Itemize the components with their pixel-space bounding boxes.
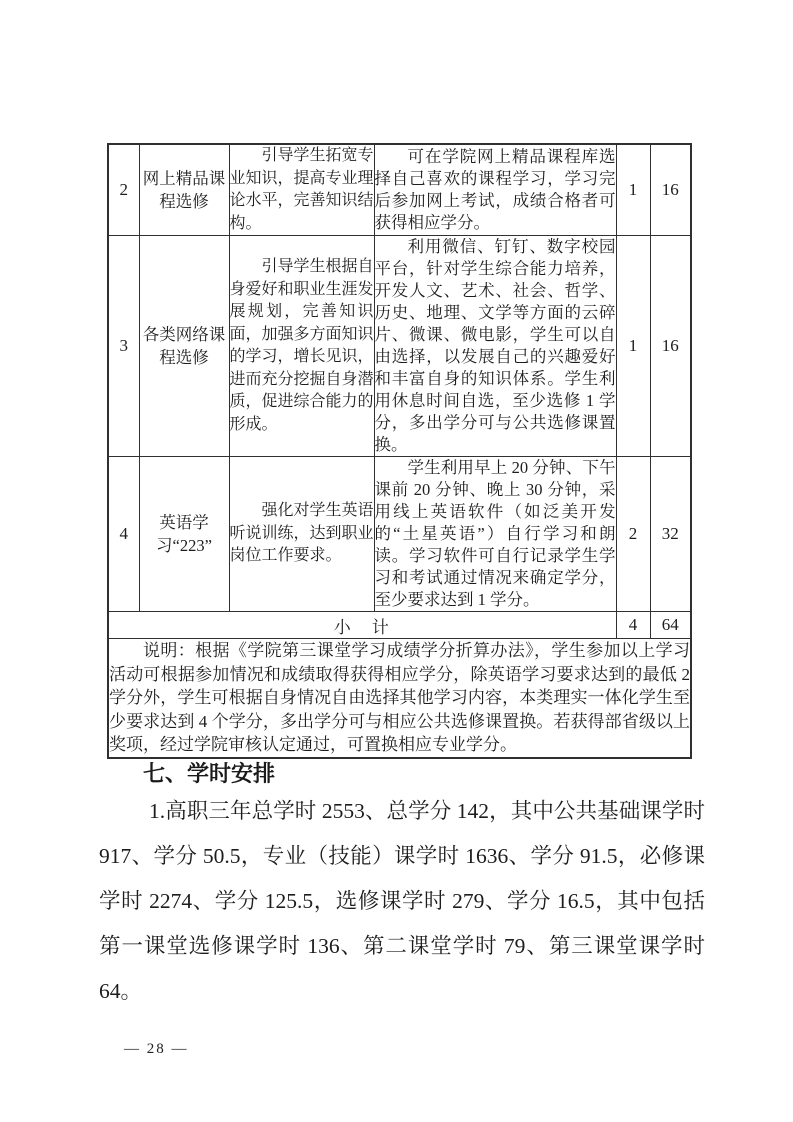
subtotal-hours-cell: 64	[650, 612, 691, 639]
course-method-cell: 利用微信、钉钉、数字校园平台，针对学生综合能力培养，开发人文、艺术、社会、哲学、…	[374, 236, 616, 457]
credit-cell: 1	[616, 144, 650, 236]
hours-cell: 32	[650, 457, 691, 612]
hours-cell: 16	[650, 236, 691, 457]
note-row: 说明：根据《学院第三课堂学习成绩学分折算办法》，学生参加以上学习活动可根据参加情…	[108, 639, 691, 758]
row-number-cell: 2	[108, 144, 139, 236]
course-name-cell: 英语学习“223”	[139, 457, 229, 612]
body-paragraph: 1.高职三年总学时 2553、总学分 142，其中公共基础课学时 917、学分 …	[99, 789, 705, 1014]
credit-cell: 2	[616, 457, 650, 612]
course-method-cell: 可在学院网上精品课程库选择自己喜欢的课程学习，学习完后参加网上考试，成绩合格者可…	[374, 144, 616, 236]
third-classroom-credit-table: 2 网上精品课程选修 引导学生拓宽专业知识，提高专业理论水平，完善知识结构。 可…	[107, 143, 692, 759]
section-heading: 七、学时安排	[143, 757, 275, 788]
course-name-cell: 各类网络课程选修	[139, 236, 229, 457]
row-number-cell: 3	[108, 236, 139, 457]
course-goal-cell: 强化对学生英语听说训练，达到职业岗位工作要求。	[229, 457, 374, 612]
course-name-cell: 网上精品课程选修	[139, 144, 229, 236]
subtotal-credit-cell: 4	[616, 612, 650, 639]
table-row: 4 英语学习“223” 强化对学生英语听说训练，达到职业岗位工作要求。 学生利用…	[108, 457, 691, 612]
course-goal-cell: 引导学生拓宽专业知识，提高专业理论水平，完善知识结构。	[229, 144, 374, 236]
row-number-cell: 4	[108, 457, 139, 612]
course-goal-cell: 引导学生根据自身爱好和职业生涯发展规划，完善知识面，加强多方面知识的学习，增长见…	[229, 236, 374, 457]
credit-cell: 1	[616, 236, 650, 457]
table-row: 2 网上精品课程选修 引导学生拓宽专业知识，提高专业理论水平，完善知识结构。 可…	[108, 144, 691, 236]
page-number: — 28 —	[124, 1041, 189, 1058]
document-page: 2 网上精品课程选修 引导学生拓宽专业知识，提高专业理论水平，完善知识结构。 可…	[0, 0, 793, 1122]
table-row: 3 各类网络课程选修 引导学生根据自身爱好和职业生涯发展规划，完善知识面，加强多…	[108, 236, 691, 457]
note-text: 说明：根据《学院第三课堂学习成绩学分折算办法》，学生参加以上学习活动可根据参加情…	[108, 639, 691, 758]
hours-cell: 16	[650, 144, 691, 236]
course-method-cell: 学生利用早上 20 分钟、下午课前 20 分钟、晚上 30 分钟，采用线上英语软…	[374, 457, 616, 612]
subtotal-row: 小 计 4 64	[108, 612, 691, 639]
subtotal-label-cell: 小 计	[108, 612, 616, 639]
